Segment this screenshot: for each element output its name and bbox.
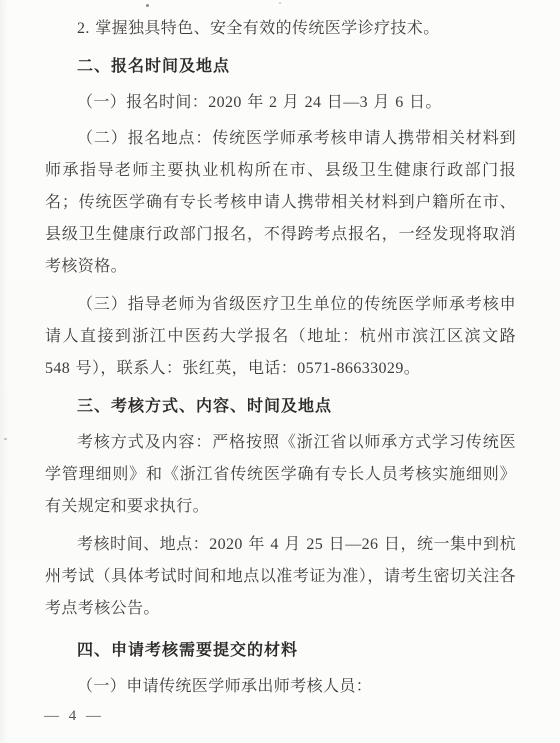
heading-section-3-exam-method-time-place: 三、考核方式、内容、时间及地点 <box>45 391 516 423</box>
scanned-document-page: 2. 掌握独具特色、安全有效的传统医学诊疗技术。 二、报名时间及地点 （一）报名… <box>0 0 560 743</box>
paragraph-provincial-mentor-registration: （三）指导老师为省级医疗卫生单位的传统医学师承考核申请人直接到浙江中医药大学报名… <box>45 289 516 385</box>
paragraph-registration-time: （一）报名时间：2020 年 2 月 24 日—3 月 6 日。 <box>45 87 516 119</box>
paragraph-exam-time-place: 考核时间、地点：2020 年 4 月 25 日—26 日，统一集中到杭州考试（具… <box>45 529 516 625</box>
paragraph-mentorship-completion-applicants: （一）申请传统医学师承出师考核人员： <box>45 671 516 703</box>
document-body: 2. 掌握独具特色、安全有效的传统医学诊疗技术。 二、报名时间及地点 （一）报名… <box>0 0 560 703</box>
page-number: — 4 — <box>44 705 104 727</box>
paragraph-registration-place: （二）报名地点：传统医学师承考核申请人携带相关材料到师承指导老师主要执业机构所在… <box>45 123 516 283</box>
paragraph-skill-item-2: 2. 掌握独具特色、安全有效的传统医学诊疗技术。 <box>45 13 516 45</box>
heading-section-2-registration-time-place: 二、报名时间及地点 <box>45 51 516 83</box>
scan-speck <box>4 438 7 440</box>
scan-speck <box>279 2 281 4</box>
heading-section-4-required-materials: 四、申请考核需要提交的材料 <box>45 635 516 667</box>
scan-speck <box>146 4 149 7</box>
paragraph-exam-method-content: 考核方式及内容：严格按照《浙江省以师承方式学习传统医学管理细则》和《浙江省传统医… <box>45 427 516 523</box>
